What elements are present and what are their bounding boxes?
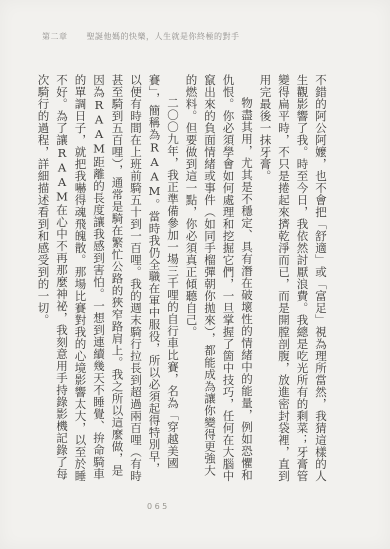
chapter-title: 聖誕他媽的快樂，人生就是你終極的對手 [87, 31, 240, 42]
paragraph: 二〇〇九年，我正準備參加一場三千哩的自行車比賽，名為「穿越美國賽」，簡稱為RAA… [34, 74, 182, 484]
paragraph: 物盡其用，尤其是不穩定、具有潛在破壞性的情緒中的能量，例如恐懼和仇恨。你必須學會… [182, 74, 256, 484]
body-text: 不錯的阿公阿嬤，也不會把「舒適」或「富足」視為理所當然，我猜這樣的人生觀影響了我… [33, 74, 330, 484]
paragraph: 不錯的阿公阿嬤，也不會把「舒適」或「富足」視為理所當然，我猜這樣的人生觀影響了我… [256, 74, 330, 484]
book-page: 第二章 聖誕他媽的快樂，人生就是你終極的對手 不錯的阿公阿嬤，也不會把「舒適」或… [0, 0, 390, 549]
page-number: 065 [147, 502, 170, 511]
running-head: 第二章 聖誕他媽的快樂，人生就是你終極的對手 [42, 31, 240, 42]
chapter-label: 第二章 [42, 31, 68, 42]
